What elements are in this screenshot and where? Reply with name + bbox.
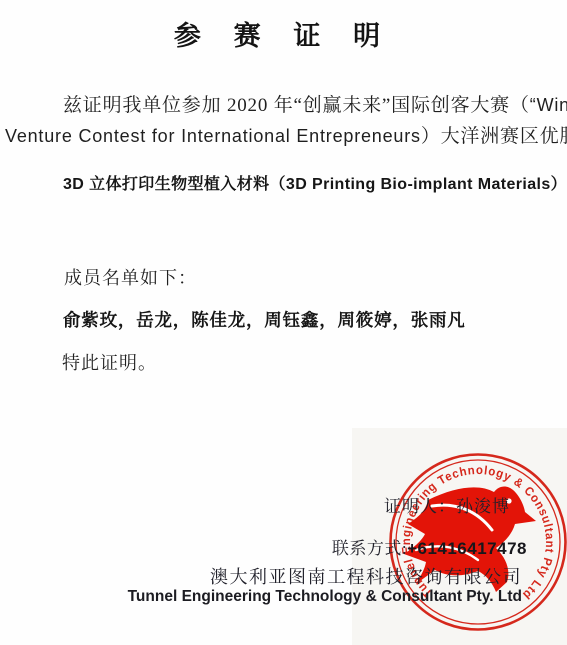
body-line-2-zh: ）大洋洲赛区优胜奖项目	[421, 126, 567, 147]
body-line-1-zh: 兹证明我单位参加 2020 年“创赢未来”国际创客大赛（	[63, 95, 530, 116]
body-line-2: Venture Contest for International Entrep…	[5, 121, 567, 148]
body-line-1-en: “Win the Future”	[530, 95, 567, 115]
project-title: 3D 立体打印生物型植入材料（3D Printing Bio-implant M…	[63, 171, 567, 194]
company-name-chinese: 澳大利亚图南工程科技咨询有限公司	[210, 563, 522, 589]
certificate-page: 参 赛 证 明 兹证明我单位参加 2020 年“创赢未来”国际创客大赛（“Win…	[0, 0, 567, 645]
certifier-label: 证明人：	[384, 497, 456, 516]
closing-statement: 特此证明。	[62, 349, 157, 375]
contact-line: 联系方式:+61416417478	[332, 534, 527, 559]
members-names: 俞紫玫，岳龙，陈佳龙，周钰鑫，周筱婷，张雨凡	[63, 307, 466, 332]
contact-phone: +61416417478	[407, 539, 527, 558]
members-label: 成员名单如下：	[64, 264, 197, 290]
body-line-1: 兹证明我单位参加 2020 年“创赢未来”国际创客大赛（“Win the Fut…	[6, 90, 567, 117]
company-name-english: Tunnel Engineering Technology & Consulta…	[128, 588, 522, 606]
certifier-line: 证明人：孙浚博	[384, 492, 510, 517]
page-title: 参 赛 证 明	[0, 14, 567, 53]
certifier-name: 孙浚博	[456, 497, 510, 516]
body-line-2-en: Venture Contest for International Entrep…	[5, 126, 421, 146]
contact-label: 联系方式:	[332, 539, 407, 558]
